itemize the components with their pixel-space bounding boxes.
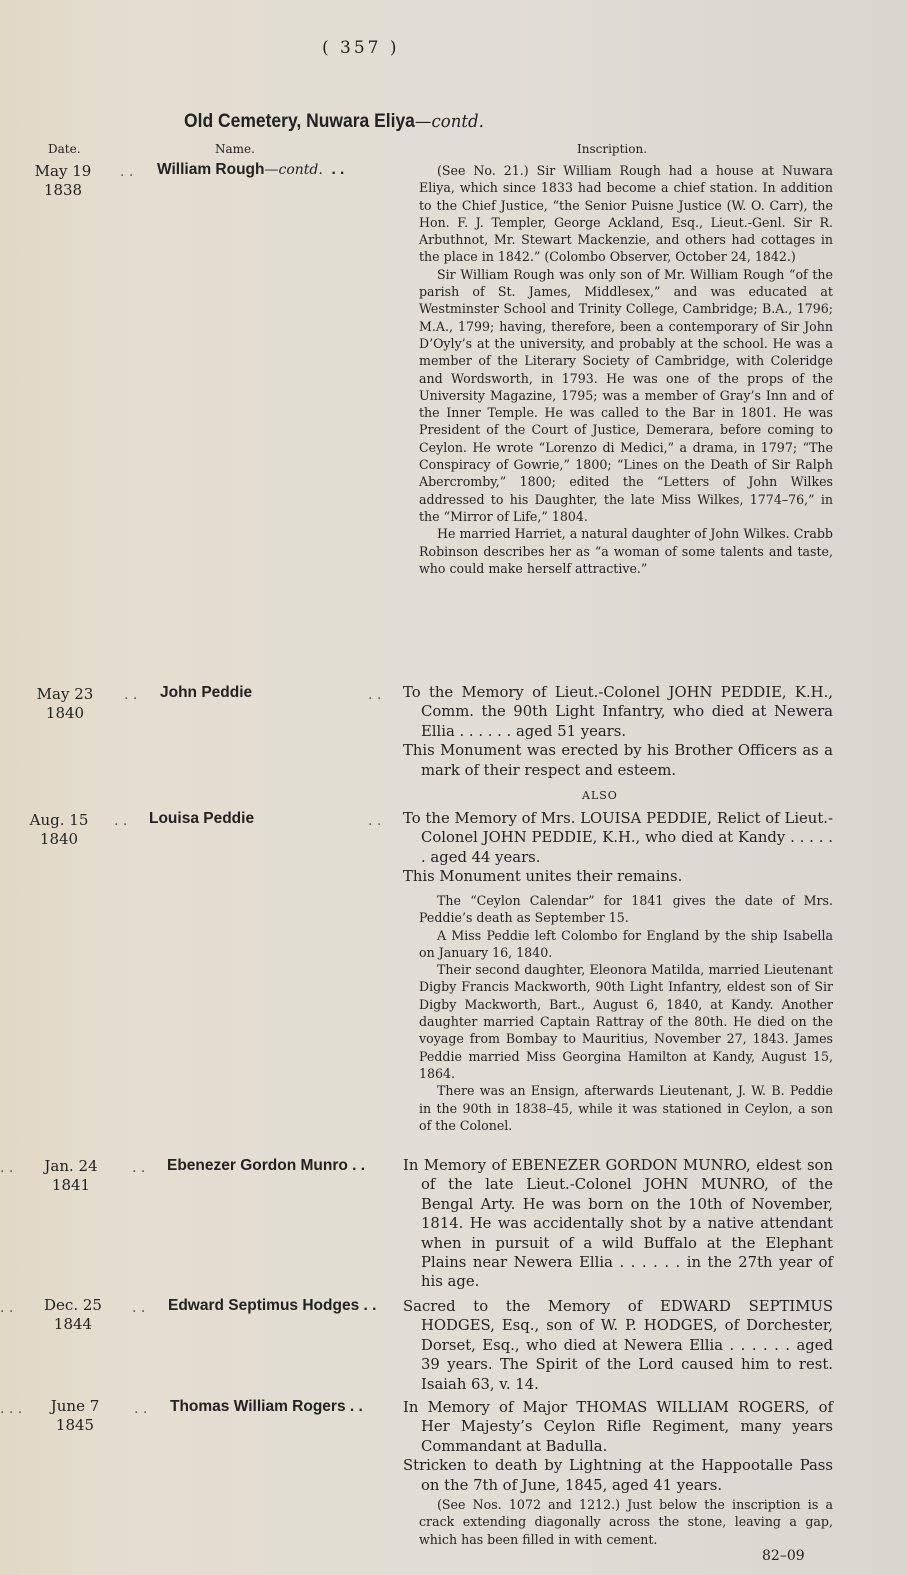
inscription-line: In Memory of EBENEZER GORDON MUNRO, elde… xyxy=(403,1156,833,1292)
inscription-line: In Memory of Major THOMAS WILLIAM ROGERS… xyxy=(403,1398,833,1456)
also-label: ALSO xyxy=(582,789,618,802)
column-header-inscription: Inscription. xyxy=(577,142,647,156)
inscription-line: This Monument unites their remains. xyxy=(403,867,833,886)
entry-inscription: In Memory of Major THOMAS WILLIAM ROGERS… xyxy=(403,1398,833,1495)
page-title: Old Cemetery, Nuwara Eliya—contd. xyxy=(184,111,484,133)
leader-dots: . . xyxy=(114,813,127,829)
title-suffix: —contd. xyxy=(415,111,484,132)
entry-inscription: Sacred to the Memory of EDWARD SEPTIMUS … xyxy=(403,1297,833,1394)
inscription-line: Stricken to death by Lightning at the Ha… xyxy=(403,1456,833,1495)
note-paragraph: A Miss Peddie left Colombo for England b… xyxy=(419,927,833,962)
note-paragraph: (See Nos. 1072 and 1212.) Just below the… xyxy=(419,1496,833,1548)
entry-date: Jan. 241841 xyxy=(36,1157,106,1195)
leader-dots: . . xyxy=(124,687,137,703)
column-header-date: Date. xyxy=(48,142,81,156)
entry-inscription: To the Memory of Lieut.-Colonel JOHN PED… xyxy=(403,683,833,780)
leader-dots: . . xyxy=(368,813,381,829)
inscription-line: Sacred to the Memory of EDWARD SEPTIMUS … xyxy=(403,1297,833,1394)
page-number: ( 357 ) xyxy=(322,38,400,58)
entry-notes: The “Ceylon Calendar” for 1841 gives the… xyxy=(419,892,833,1134)
leader-dots: . . xyxy=(134,1401,147,1417)
inscription-line: To the Memory of Mrs. LOUISA PEDDIE, Rel… xyxy=(403,809,833,867)
entry-notes: (See No. 21.) Sir William Rough had a ho… xyxy=(419,162,833,577)
entry-name: Ebenezer Gordon Munro . . xyxy=(167,1157,365,1175)
leader-dots: . . xyxy=(368,687,381,703)
entry-date: Aug. 151840 xyxy=(24,811,94,849)
title-text: Old Cemetery, Nuwara Eliya xyxy=(184,111,415,132)
note-paragraph: There was an Ensign, afterwards Lieutena… xyxy=(419,1082,833,1134)
entry-date: Dec. 251844 xyxy=(38,1296,108,1334)
entry-inscription: To the Memory of Mrs. LOUISA PEDDIE, Rel… xyxy=(403,809,833,887)
entry-inscription: In Memory of EBENEZER GORDON MUNRO, elde… xyxy=(403,1156,833,1292)
note-paragraph: (See No. 21.) Sir William Rough had a ho… xyxy=(419,162,833,266)
entry-name: Edward Septimus Hodges . . xyxy=(168,1297,376,1315)
leader-dots: . . xyxy=(0,1300,13,1316)
footer-mark: 82–09 xyxy=(762,1548,805,1564)
entry-name: Louisa Peddie xyxy=(149,810,254,828)
entry-name: Thomas William Rogers . . xyxy=(170,1398,363,1416)
column-header-name: Name. xyxy=(215,142,255,156)
leader-dots: . . . xyxy=(0,1401,22,1417)
leader-dots: . . xyxy=(0,1160,13,1176)
leader-dots: . . xyxy=(120,164,133,180)
inscription-line: This Monument was erected by his Brother… xyxy=(403,741,833,780)
entry-notes: (See Nos. 1072 and 1212.) Just below the… xyxy=(419,1496,833,1548)
note-paragraph: Sir William Rough was only son of Mr. Wi… xyxy=(419,266,833,525)
note-paragraph: The “Ceylon Calendar” for 1841 gives the… xyxy=(419,892,833,927)
entry-date: May 231840 xyxy=(30,685,100,723)
entry-name: John Peddie xyxy=(160,684,252,702)
leader-dots: . . xyxy=(132,1300,145,1316)
note-paragraph: Their second daughter, Eleonora Matilda,… xyxy=(419,961,833,1082)
inscription-line: To the Memory of Lieut.-Colonel JOHN PED… xyxy=(403,683,833,741)
leader-dots: . . xyxy=(132,1160,145,1176)
entry-name: William Rough—contd. . . xyxy=(157,161,344,179)
note-paragraph: He married Harriet, a natural daughter o… xyxy=(419,525,833,577)
entry-date: May 191838 xyxy=(28,162,98,200)
entry-date: June 71845 xyxy=(40,1397,110,1435)
